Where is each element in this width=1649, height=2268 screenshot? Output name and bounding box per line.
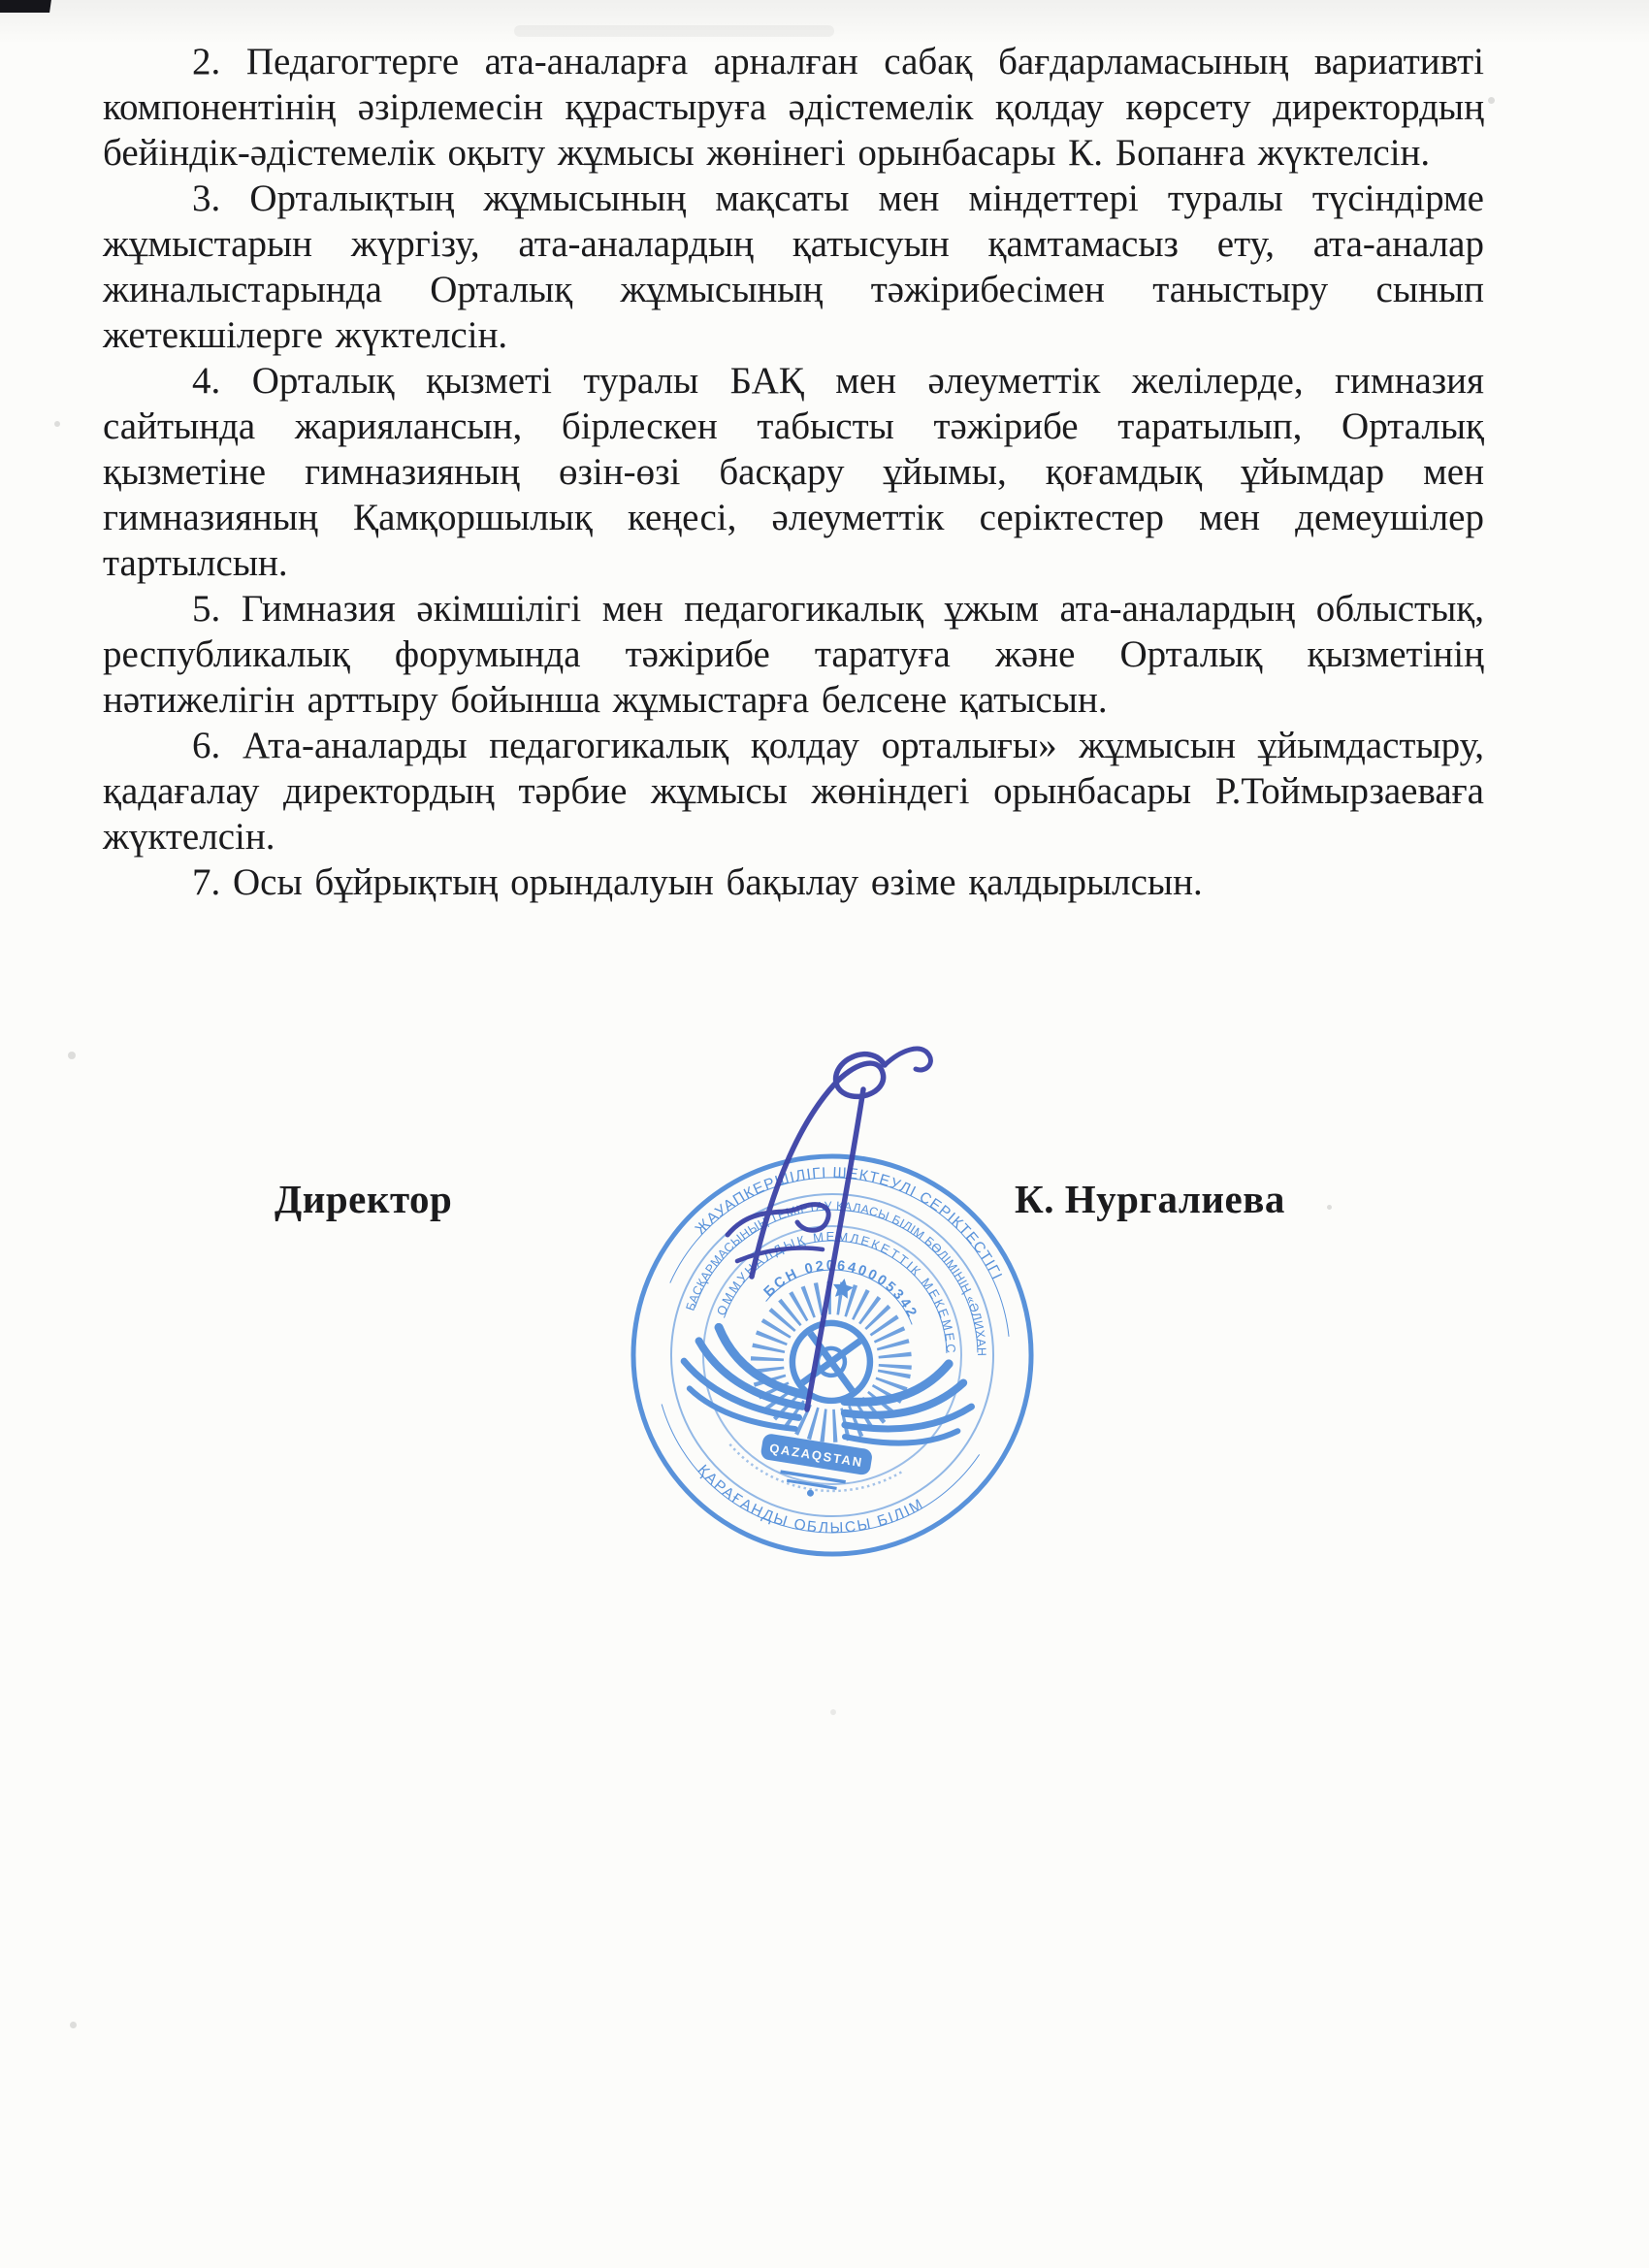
scan-corner-artifact <box>0 0 51 13</box>
scan-smudge <box>514 25 834 37</box>
order-item-4: 4. Орталық қызметі туралы БАҚ мен әлеуме… <box>103 358 1484 586</box>
order-item-5: 5. Гимназия әкімшілігі мен педагогикалық… <box>103 586 1484 723</box>
scan-speck <box>1488 97 1495 104</box>
signer-position-label: Директор <box>275 1176 452 1222</box>
scan-speck <box>54 421 60 427</box>
order-item-2: 2. Педагогтерге ата-аналарға арналған са… <box>103 39 1484 176</box>
scan-speck <box>1327 1205 1332 1210</box>
scan-speck <box>70 2022 77 2028</box>
scan-speck <box>68 1052 76 1059</box>
signature-ink-graphic <box>543 1017 1086 1473</box>
order-item-7: 7. Осы бұйрықтың орындалуын бақылау өзім… <box>103 859 1484 905</box>
scan-speck <box>830 1709 836 1715</box>
handwritten-signature <box>543 1017 1086 1473</box>
order-item-6: 6. Ата-аналарды педагогикалық қолдау орт… <box>103 723 1484 859</box>
scanned-document-page: 2. Педагогтерге ата-аналарға арналған са… <box>0 0 1649 2268</box>
order-body-text: 2. Педагогтерге ата-аналарға арналған са… <box>103 39 1484 905</box>
order-item-3: 3. Орталықтың жұмысының мақсаты мен мінд… <box>103 176 1484 358</box>
